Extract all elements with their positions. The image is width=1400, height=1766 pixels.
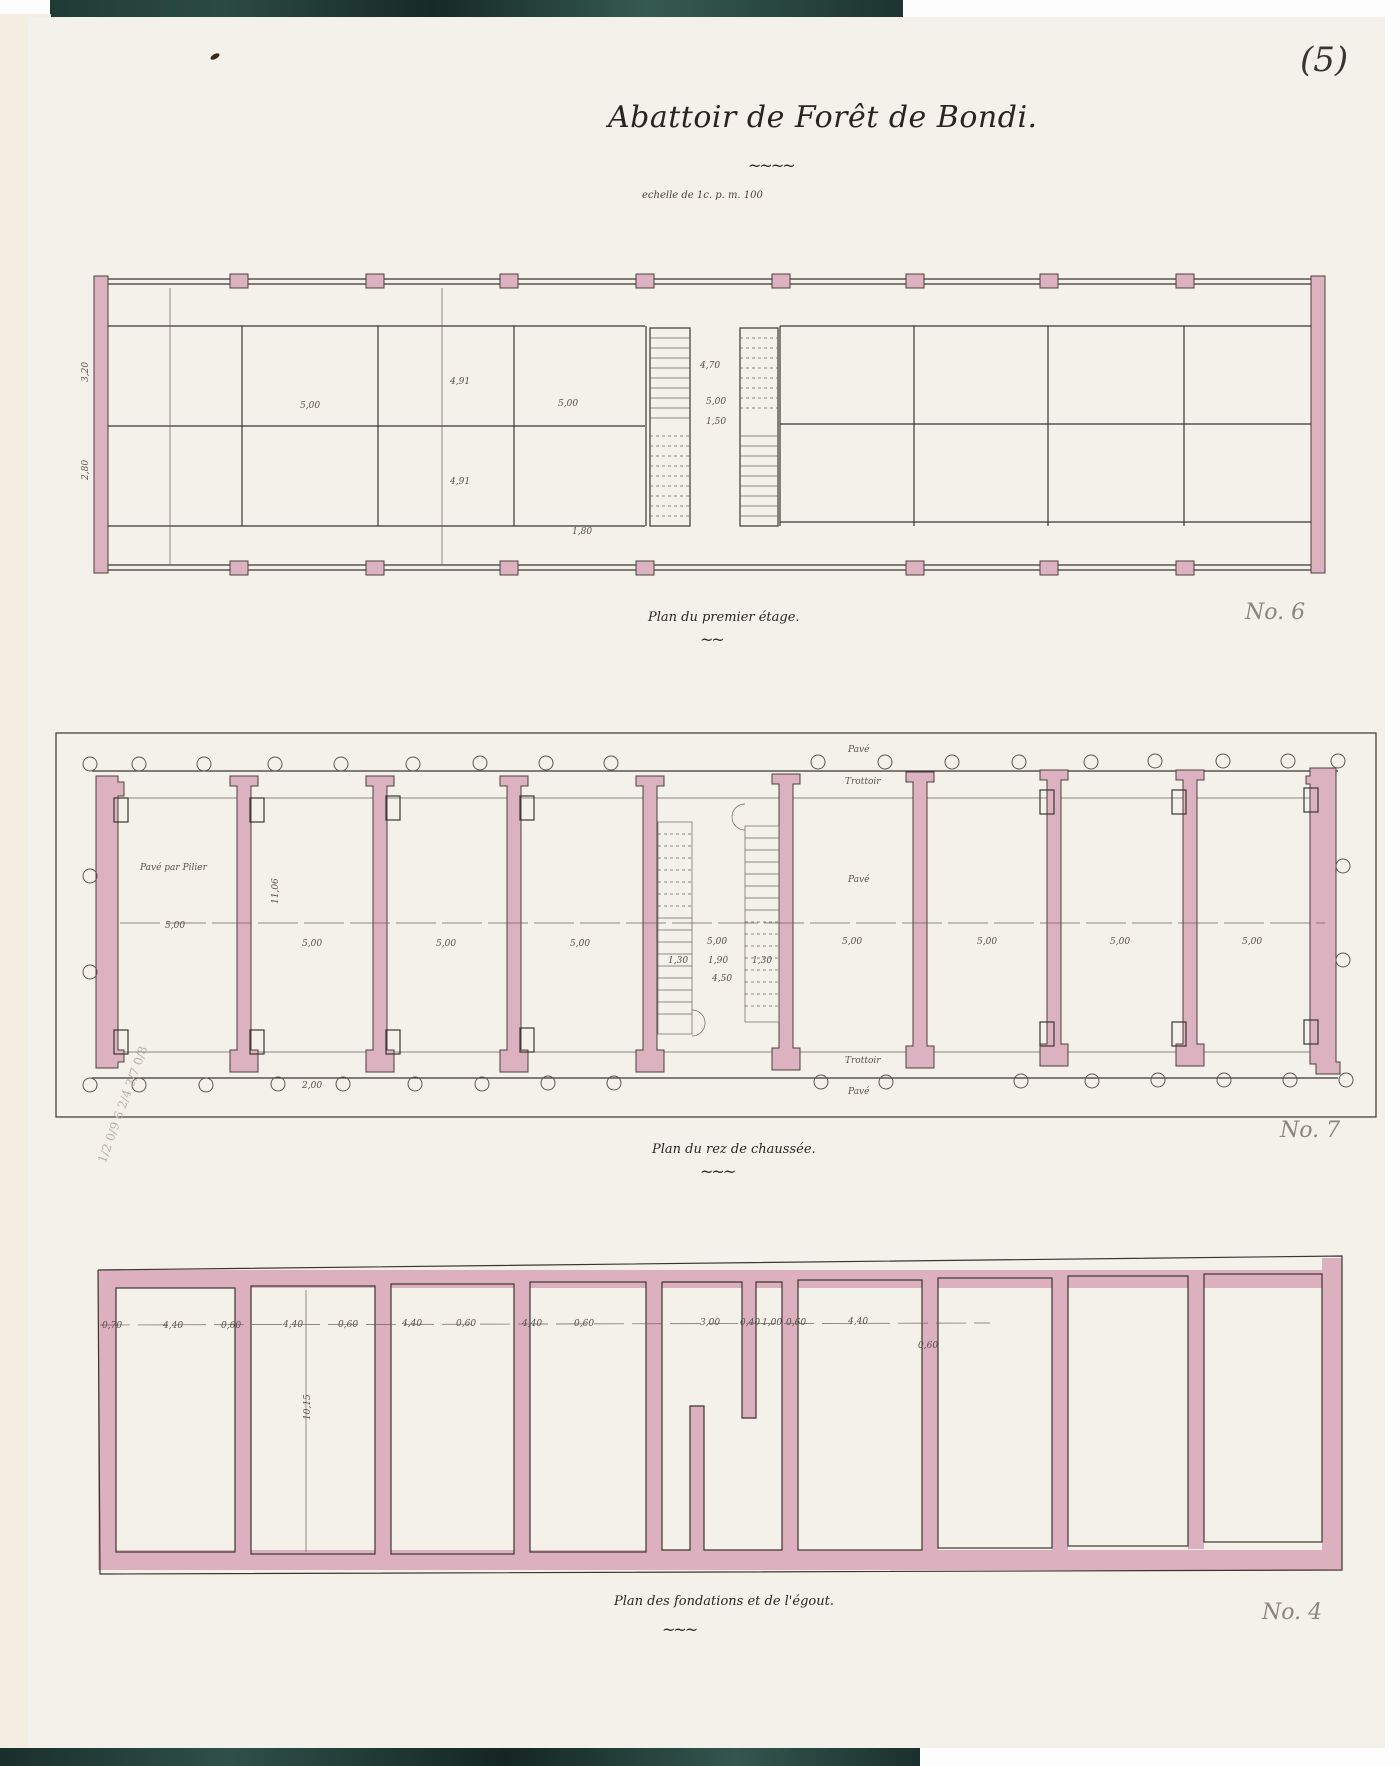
foundations-flourish: ~~~ — [662, 1620, 696, 1639]
svg-text:3,00: 3,00 — [700, 1318, 720, 1328]
svg-text:4,40: 4,40 — [282, 1320, 303, 1330]
svg-text:0,60: 0,60 — [338, 1320, 358, 1330]
svg-text:0,60: 0,60 — [574, 1319, 594, 1329]
svg-text:0,60: 0,60 — [456, 1319, 476, 1329]
cover-edge-bottom — [0, 1748, 920, 1766]
svg-text:0,60: 0,60 — [918, 1341, 938, 1351]
foundations-sheet-no: No. 4 — [1262, 1600, 1322, 1625]
foundations-plan: 0,70 4,40 0,60 4,40 0,60 4,40 0,60 4,40 … — [0, 0, 1400, 1600]
svg-text:10,15: 10,15 — [303, 1394, 313, 1420]
foundation-walls — [98, 1258, 1342, 1570]
svg-text:4,40: 4,40 — [521, 1319, 542, 1329]
svg-text:0,40: 0,40 — [740, 1318, 760, 1328]
svg-text:0,60: 0,60 — [786, 1318, 806, 1328]
svg-text:0,60: 0,60 — [221, 1321, 241, 1331]
svg-text:4,40: 4,40 — [401, 1319, 422, 1329]
svg-text:4,40: 4,40 — [847, 1317, 868, 1327]
svg-text:0,70: 0,70 — [102, 1321, 122, 1331]
svg-text:1,00: 1,00 — [762, 1318, 782, 1328]
foundations-caption: Plan des fondations et de l'égout. — [614, 1594, 834, 1609]
svg-text:4,40: 4,40 — [162, 1321, 183, 1331]
